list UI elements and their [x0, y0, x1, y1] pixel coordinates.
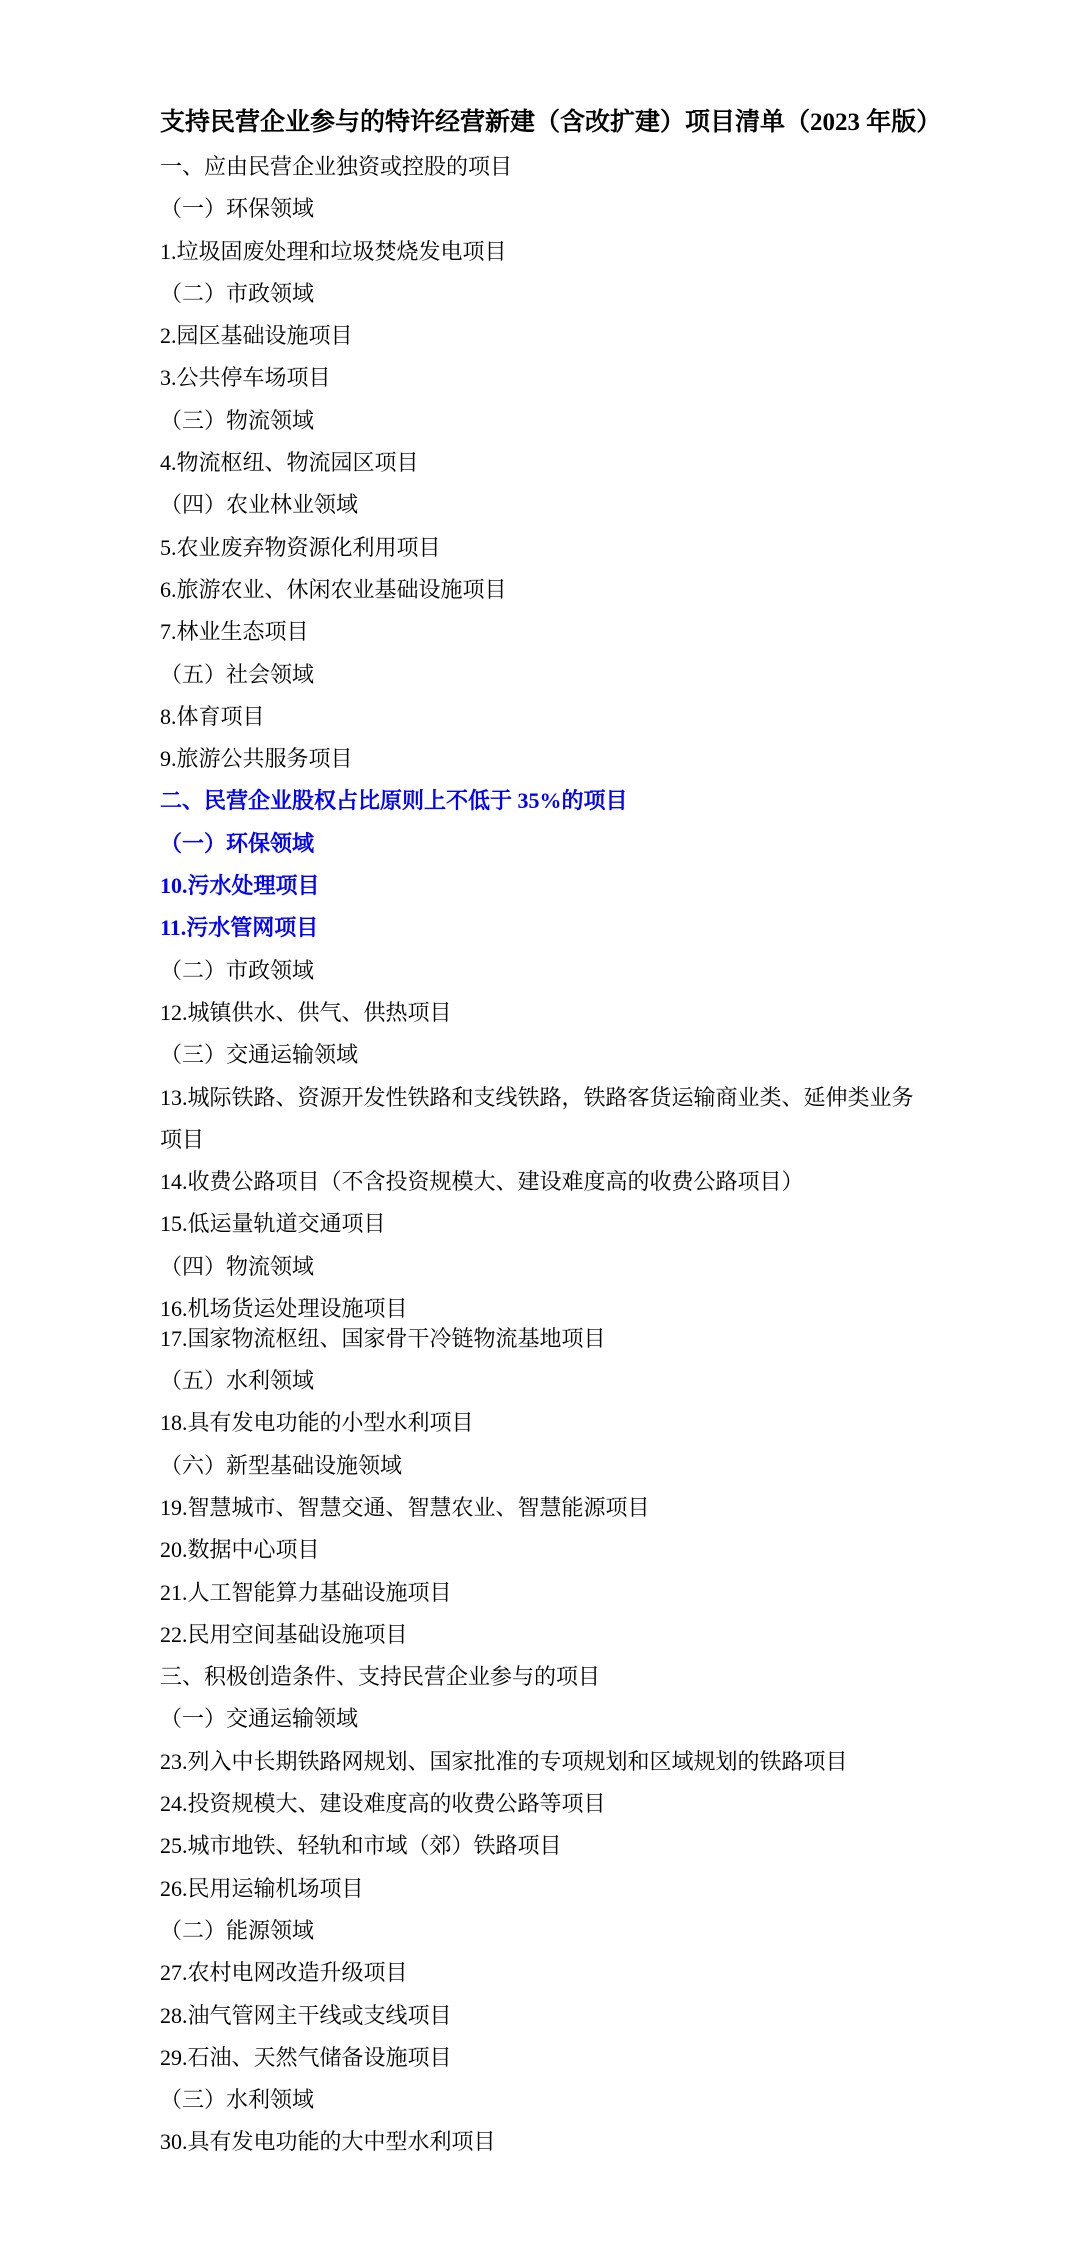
document-line-item: 30.具有发电功能的大中型水利项目: [160, 2127, 922, 2157]
document-line-subsection: （三）物流领域: [160, 406, 922, 436]
document-line-subsection: （六）新型基础设施领域: [160, 1451, 922, 1481]
document-line-item: 11.污水管网项目: [160, 913, 922, 943]
document-line-item: 19.智慧城市、智慧交通、智慧农业、智慧能源项目: [160, 1493, 922, 1523]
document-line-subsection: （五）水利领域: [160, 1366, 922, 1396]
document-line-item: 26.民用运输机场项目: [160, 1874, 922, 1904]
document-line-item: 12.城镇供水、供气、供热项目: [160, 998, 922, 1028]
document-line-section: 三、积极创造条件、支持民营企业参与的项目: [160, 1662, 922, 1692]
document-line-item: 23.列入中长期铁路网规划、国家批准的专项规划和区域规划的铁路项目: [160, 1747, 922, 1777]
document-line-subsection: （一）交通运输领域: [160, 1704, 922, 1734]
document-line-section: 二、民营企业股权占比原则上不低于 35%的项目: [160, 786, 922, 816]
document-line-item: 6.旅游农业、休闲农业基础设施项目: [160, 575, 922, 605]
document-lines: 一、应由民营企业独资或控股的项目（一）环保领域1.垃圾固废处理和垃圾焚烧发电项目…: [160, 152, 922, 2157]
document-line-item: 8.体育项目: [160, 702, 922, 732]
document-line-item: 27.农村电网改造升级项目: [160, 1958, 922, 1988]
document-line-item: 28.油气管网主干线或支线项目: [160, 2001, 922, 2031]
document-line-item: 13.城际铁路、资源开发性铁路和支线铁路，铁路客货运输商业类、延伸类业务: [160, 1083, 922, 1113]
document-line-item: 24.投资规模大、建设难度高的收费公路等项目: [160, 1789, 922, 1819]
document-line-subsection: （四）物流领域: [160, 1252, 922, 1282]
document-line-item: 25.城市地铁、轻轨和市域（郊）铁路项目: [160, 1831, 922, 1861]
document-line-item: 29.石油、天然气储备设施项目: [160, 2043, 922, 2073]
document-line-item: 4.物流枢纽、物流园区项目: [160, 448, 922, 478]
document-line-item: 16.机场货运处理设施项目: [160, 1294, 922, 1324]
document-line-item: 3.公共停车场项目: [160, 363, 922, 393]
document-line-subsection: （一）环保领域: [160, 829, 922, 859]
document-line-subsection: （五）社会领域: [160, 660, 922, 690]
document-line-section: 一、应由民营企业独资或控股的项目: [160, 152, 922, 182]
document-line-item: 14.收费公路项目（不含投资规模大、建设难度高的收费公路项目）: [160, 1167, 922, 1197]
document-line-item: 22.民用空间基础设施项目: [160, 1620, 922, 1650]
document-line-item: 7.林业生态项目: [160, 617, 922, 647]
document-title: 支持民营企业参与的特许经营新建（含改扩建）项目清单（2023 年版）: [160, 108, 922, 138]
document-line-item: 15.低运量轨道交通项目: [160, 1209, 922, 1239]
document-line-subsection: （三）交通运输领域: [160, 1040, 922, 1070]
document-line-item: 17.国家物流枢纽、国家骨干冷链物流基地项目: [160, 1324, 922, 1354]
document-line-item: 9.旅游公共服务项目: [160, 744, 922, 774]
document-line-item: 2.园区基础设施项目: [160, 321, 922, 351]
document-line-subsection: （二）市政领域: [160, 956, 922, 986]
document-page: 支持民营企业参与的特许经营新建（含改扩建）项目清单（2023 年版） 一、应由民…: [0, 0, 1080, 2261]
document-line-subsection: （二）能源领域: [160, 1916, 922, 1946]
document-line-item: 10.污水处理项目: [160, 871, 922, 901]
document-line-item-continuation: 项目: [160, 1125, 922, 1155]
document-line-item: 1.垃圾固废处理和垃圾焚烧发电项目: [160, 237, 922, 267]
document-content: 支持民营企业参与的特许经营新建（含改扩建）项目清单（2023 年版） 一、应由民…: [160, 0, 922, 2170]
document-line-item: 18.具有发电功能的小型水利项目: [160, 1408, 922, 1438]
document-line-item: 21.人工智能算力基础设施项目: [160, 1578, 922, 1608]
document-line-item: 5.农业废弃物资源化利用项目: [160, 533, 922, 563]
document-line-subsection: （一）环保领域: [160, 194, 922, 224]
document-line-subsection: （二）市政领域: [160, 279, 922, 309]
document-line-subsection: （四）农业林业领域: [160, 490, 922, 520]
document-line-item: 20.数据中心项目: [160, 1535, 922, 1565]
document-line-subsection: （三）水利领域: [160, 2085, 922, 2115]
